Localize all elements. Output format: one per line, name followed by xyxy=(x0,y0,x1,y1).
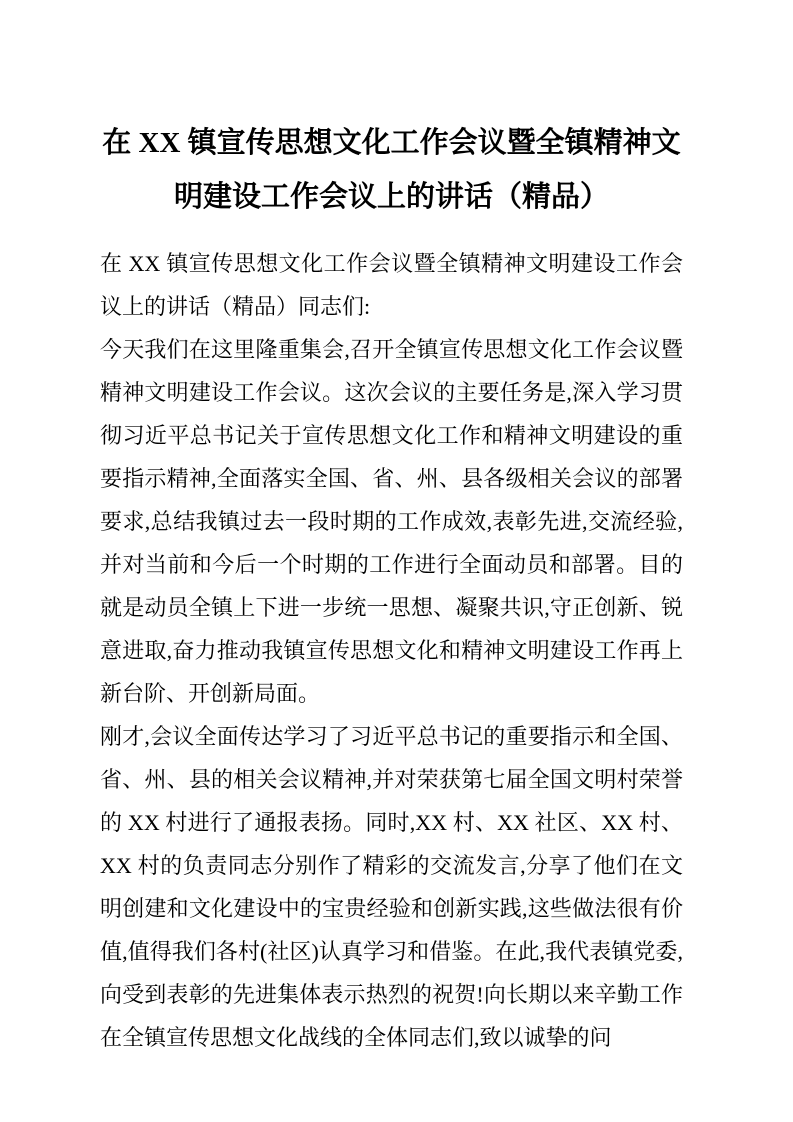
paragraph-meeting-purpose: 今天我们在这里隆重集会,召开全镇宣传思想文化工作会议暨精神文明建设工作会议。这次… xyxy=(100,328,683,715)
paragraph-commendation: 刚才,会议全面传达学习了习近平总书记的重要指示和全国、省、州、县的相关会议精神,… xyxy=(100,715,683,1059)
document-title: 在 XX 镇宣传思想文化工作会议暨全镇精神文明建设工作会议上的讲话（精品） xyxy=(100,116,683,224)
paragraph-salutation: 在 XX 镇宣传思想文化工作会议暨全镇精神文明建设工作会议上的讲话（精品）同志们… xyxy=(100,242,683,328)
document-page: 在 XX 镇宣传思想文化工作会议暨全镇精神文明建设工作会议上的讲话（精品） 在 … xyxy=(0,0,793,1122)
document-body: 在 XX 镇宣传思想文化工作会议暨全镇精神文明建设工作会议上的讲话（精品）同志们… xyxy=(100,242,683,1059)
